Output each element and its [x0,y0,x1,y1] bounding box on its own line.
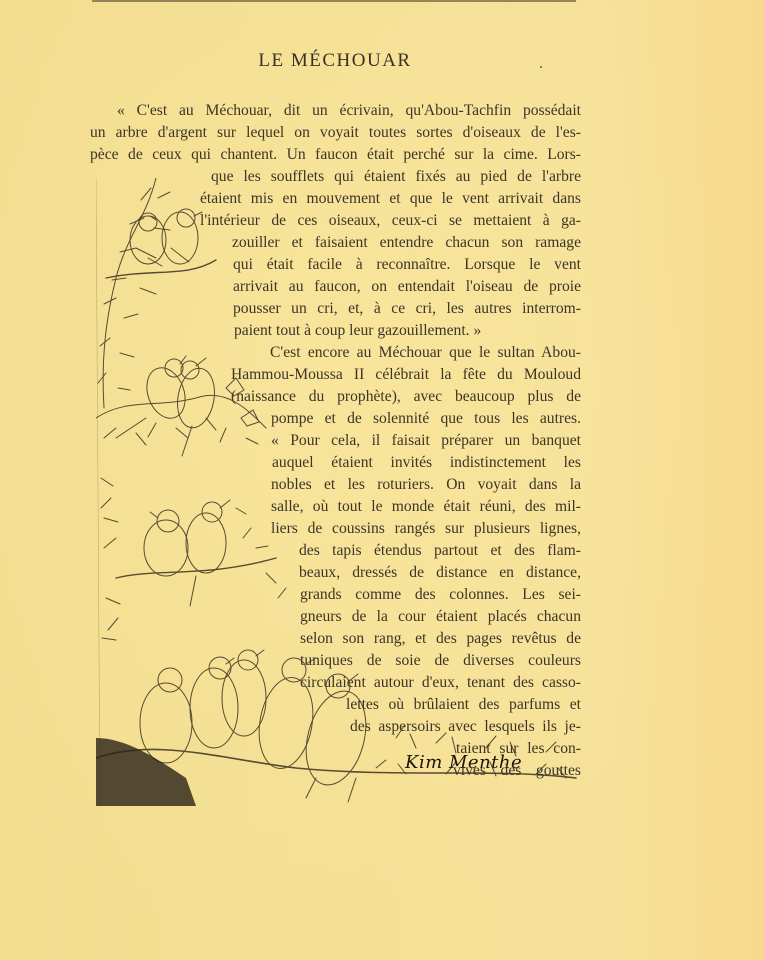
text-line: que les soufflets qui étaient fixés au p… [211,166,581,188]
text-line: arrivait au faucon, on entendait l'oisea… [233,276,581,298]
text-line: l'intérieur de ces oiseaux, ceux-ci se m… [200,210,581,232]
text-line: selon son rang, et des pages revêtus de [300,628,581,650]
text-line: gneurs de la cour étaient placés chacun [300,606,581,628]
ink-speck [540,66,542,68]
text-line: pèce de ceux qui chantent. Un faucon éta… [90,144,581,166]
text-line: Hammou-Moussa II célébrait la fête du Mo… [231,364,581,386]
text-line: vives des gouttes [453,760,581,782]
text-line: beaux, dressés de distance en distance, [299,562,581,584]
text-line: un arbre d'argent sur lequel on voyait t… [90,122,581,144]
text-line: pompe et de solennité que tous les autre… [271,408,581,430]
text-line: zouiller et faisaient entendre chacun so… [232,232,581,254]
text-line: des aspersoirs avec lesquels ils je- [350,716,581,738]
page-title: LE MÉCHOUAR [0,50,670,72]
text-line: qui était facile à reconnaître. Lorsque … [233,254,581,276]
text-line: auquel étaient invités indistinctement l… [272,452,581,474]
text-line: circulaient autour d'eux, tenant des cas… [300,672,581,694]
text-line: étaient mis en mouvement et que le vent … [200,188,581,210]
text-line: tuniques de soie de diverses couleurs [300,650,581,672]
text-line: salle, où tout le monde était réuni, des… [271,496,581,518]
text-line: « Pour cela, il faisait préparer un banq… [271,430,581,452]
text-line: grands comme des colonnes. Les sei- [300,584,581,606]
text-line: « C'est au Méchouar, dit un écrivain, qu… [117,100,581,122]
text-line: nobles et les roturiers. On voyait dans … [271,474,581,496]
text-line: pousser un cri, et, à ce cri, les autres… [233,298,581,320]
text-line: paient tout à coup leur gazouillement. » [234,320,581,342]
text-line: C'est encore au Méchouar que le sultan A… [270,342,581,364]
text-line: (naissance du prophète), avec beaucoup p… [231,386,581,408]
text-line: liers de coussins rangés sur plusieurs l… [271,518,581,540]
text-line: taient sur les con- [456,738,581,760]
text-line: lettes où brûlaient des parfums et [346,694,581,716]
text-line: des tapis étendus partout et des flam- [299,540,581,562]
top-rule-divider [92,0,576,2]
